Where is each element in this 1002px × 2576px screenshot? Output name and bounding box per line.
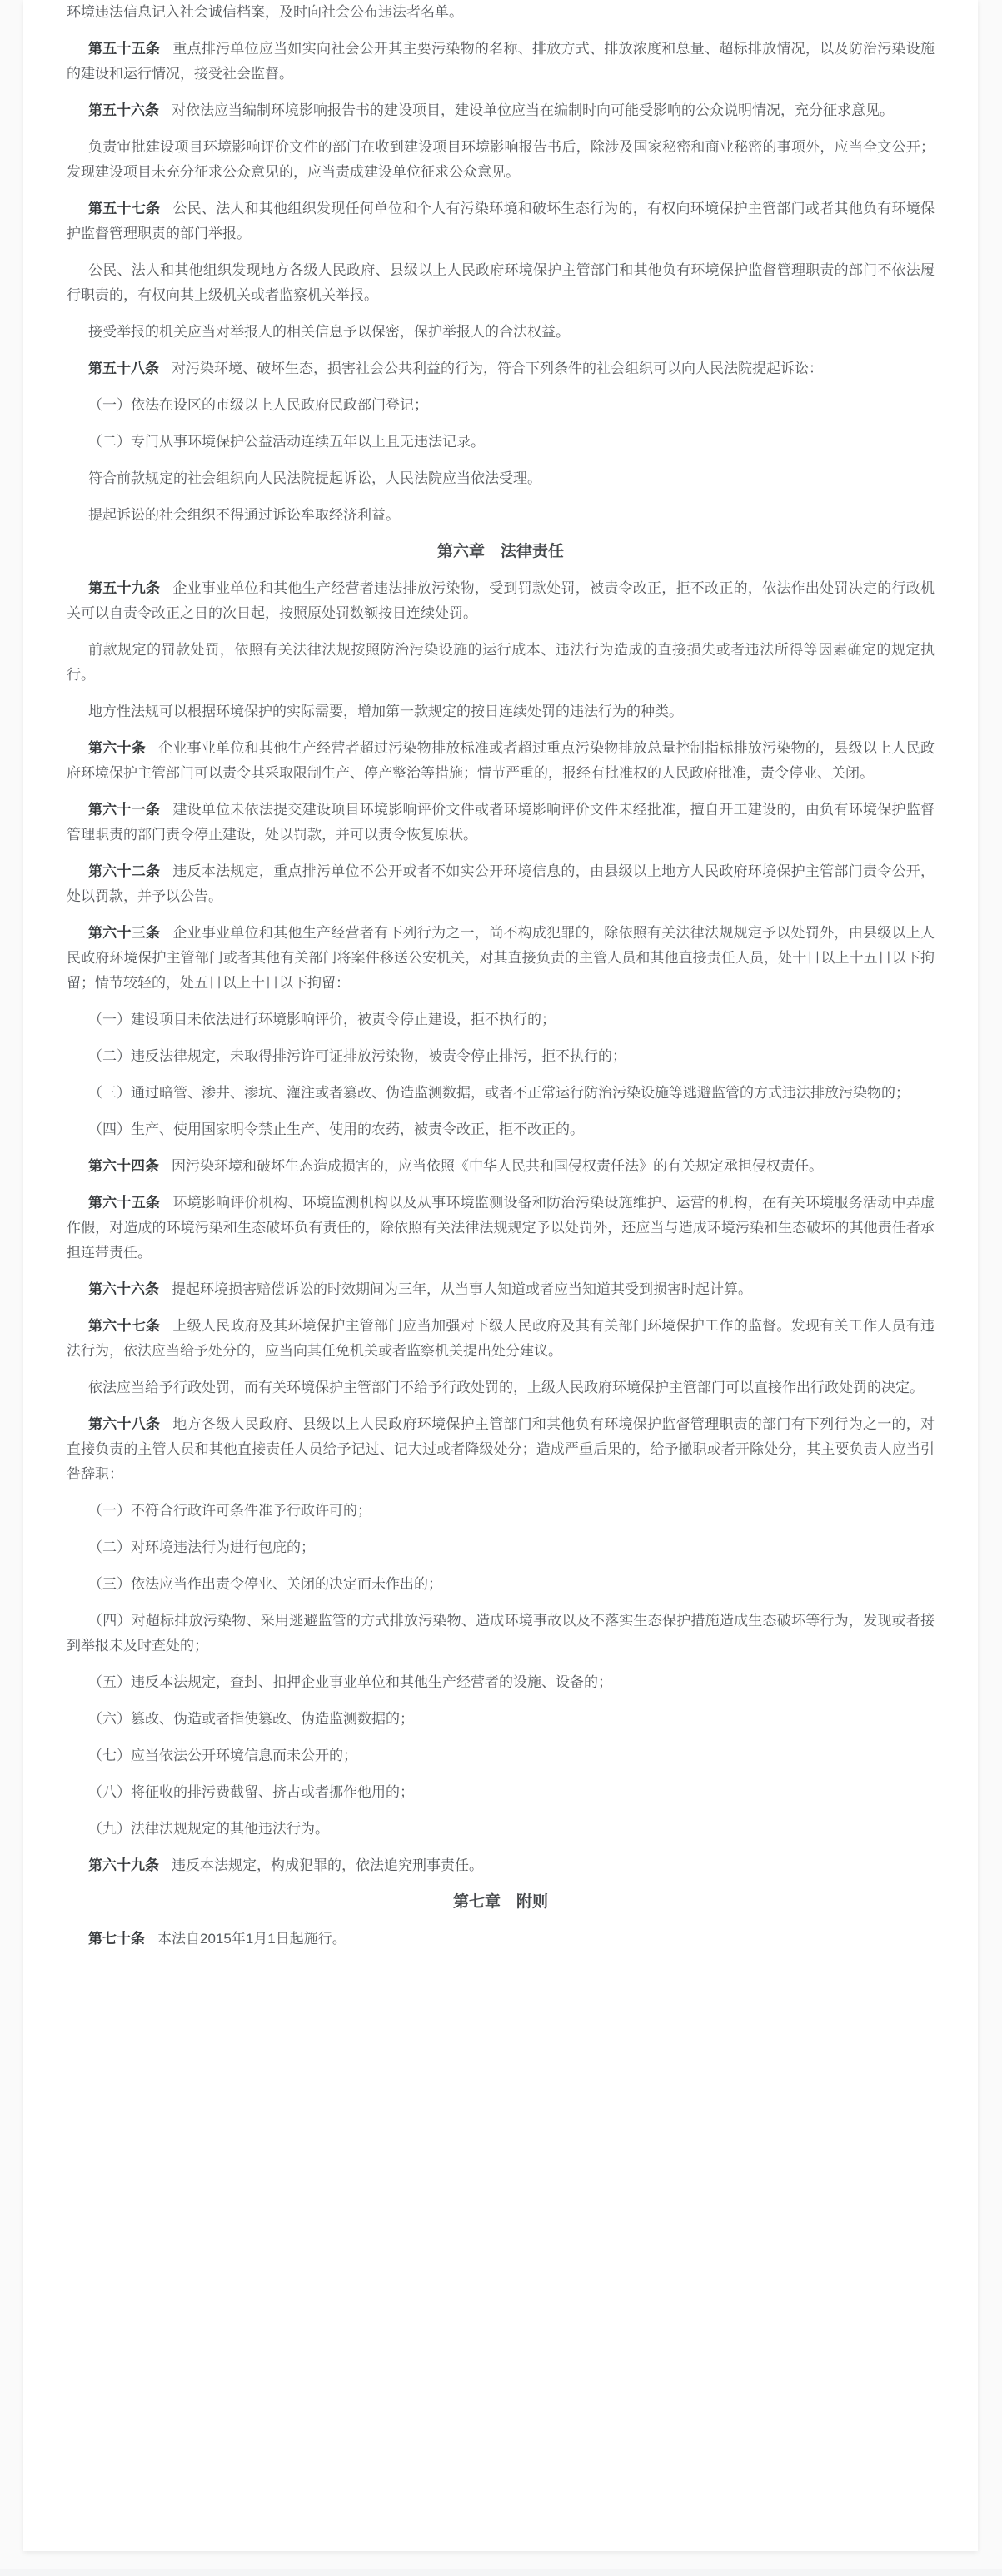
article-paragraph: 第六十条企业事业单位和其他生产经营者超过污染物排放标准或者超过重点污染物排放总量… <box>67 736 935 786</box>
law-paragraph: （六）篡改、伪造或者指使篡改、伪造监测数据的； <box>67 1707 935 1732</box>
article-number: 第六十条 <box>88 740 146 756</box>
law-paragraph: （二）违反法律规定，未取得排污许可证排放污染物，被责令停止排污，拒不执行的； <box>67 1044 935 1069</box>
law-paragraph: 接受举报的机关应当对举报人的相关信息予以保密，保护举报人的合法权益。 <box>67 320 935 345</box>
article-text: 提起环境损害赔偿诉讼的时效期间为三年，从当事人知道或者应当知道其受到损害时起计算… <box>172 1281 752 1297</box>
law-paragraph: （二）专门从事环境保护公益活动连续五年以上且无违法记录。 <box>67 430 935 455</box>
article-number: 第五十六条 <box>88 102 159 118</box>
law-paragraph: 地方性法规可以根据环境保护的实际需要，增加第一款规定的按日连续处罚的违法行为的种… <box>67 699 935 724</box>
article-text: 重点排污单位应当如实向社会公开其主要污染物的名称、排放方式、排放浓度和总量、超标… <box>67 41 935 82</box>
article-number: 第六十六条 <box>88 1281 159 1297</box>
law-paragraph: （一）建设项目未依法进行环境影响评价，被责令停止建设，拒不执行的； <box>67 1007 935 1032</box>
article-paragraph: 第六十九条违反本法规定，构成犯罪的，依法追究刑事责任。 <box>67 1853 935 1878</box>
article-text: 上级人民政府及其环境保护主管部门应当加强对下级人民政府及其有关部门环境保护工作的… <box>67 1318 935 1359</box>
article-number: 第六十一条 <box>88 802 160 818</box>
article-number: 第五十五条 <box>88 41 160 57</box>
law-paragraph: （一）依法在设区的市级以上人民政府民政部门登记； <box>67 393 935 418</box>
article-text: 企业事业单位和其他生产经营者超过污染物排放标准或者超过重点污染物排放总量控制指标… <box>67 740 935 781</box>
article-text: 建设单位未依法提交建设项目环境影响评价文件或者环境影响评价文件未经批准，擅自开工… <box>67 802 935 843</box>
page: { "page": { "background_color": "#fafafa… <box>0 0 1002 2576</box>
article-text: 企业事业单位和其他生产经营者有下列行为之一，尚不构成犯罪的，除依照有关法律法规规… <box>67 925 935 991</box>
article-number: 第六十七条 <box>88 1318 160 1334</box>
article-number: 第六十五条 <box>88 1195 160 1211</box>
article-text: 违反本法规定，构成犯罪的，依法追究刑事责任。 <box>172 1857 483 1873</box>
article-paragraph: 第五十六条对依法应当编制环境影响报告书的建设项目，建设单位应当在编制时向可能受影… <box>67 98 935 123</box>
article-number: 第六十九条 <box>88 1857 159 1873</box>
law-paragraph: （四）对超标排放污染物、采用逃避监管的方式排放污染物、造成环境事故以及不落实生态… <box>67 1609 935 1658</box>
law-paragraph: （九）法律法规规定的其他违法行为。 <box>67 1817 935 1842</box>
article-paragraph: 第六十三条企业事业单位和其他生产经营者有下列行为之一，尚不构成犯罪的，除依照有关… <box>67 921 935 996</box>
law-paragraph: （三）依法应当作出责令停业、关闭的决定而未作出的； <box>67 1572 935 1597</box>
law-paragraph: 依法应当给予行政处罚，而有关环境保护主管部门不给予行政处罚的，上级人民政府环境保… <box>67 1375 935 1400</box>
article-text: 本法自2015年1月1日起施行。 <box>157 1931 346 1947</box>
continuation-paragraph: 环境违法信息记入社会诚信档案，及时向社会公布违法者名单。 <box>67 0 935 25</box>
article-text: 环境影响评价机构、环境监测机构以及从事环境监测设备和防治污染设施维护、运营的机构… <box>67 1195 935 1261</box>
law-paragraph: （五）违反本法规定，查封、扣押企业事业单位和其他生产经营者的设施、设备的； <box>67 1670 935 1695</box>
article-paragraph: 第五十五条重点排污单位应当如实向社会公开其主要污染物的名称、排放方式、排放浓度和… <box>67 37 935 87</box>
law-paragraph: 前款规定的罚款处罚，依照有关法律法规按照防治污染设施的运行成本、违法行为造成的直… <box>67 638 935 688</box>
document-body: 环境违法信息记入社会诚信档案，及时向社会公布违法者名单。第五十五条重点排污单位应… <box>67 0 935 1952</box>
article-paragraph: 第六十六条提起环境损害赔偿诉讼的时效期间为三年，从当事人知道或者应当知道其受到损… <box>67 1277 935 1302</box>
article-paragraph: 第六十四条因污染环境和破坏生态造成损害的，应当依照《中华人民共和国侵权责任法》的… <box>67 1154 935 1179</box>
article-text: 企业事业单位和其他生产经营者违法排放污染物，受到罚款处罚，被责令改正，拒不改正的… <box>67 580 935 621</box>
article-paragraph: 第六十五条环境影响评价机构、环境监测机构以及从事环境监测设备和防治污染设施维护、… <box>67 1191 935 1266</box>
article-number: 第五十七条 <box>88 201 160 216</box>
law-paragraph: 负责审批建设项目环境影响评价文件的部门在收到建设项目环境影响报告书后，除涉及国家… <box>67 135 935 185</box>
article-number: 第六十三条 <box>88 925 160 941</box>
law-paragraph: 符合前款规定的社会组织向人民法院提起诉讼，人民法院应当依法受理。 <box>67 466 935 491</box>
article-number: 第七十条 <box>88 1931 145 1947</box>
article-paragraph: 第七十条本法自2015年1月1日起施行。 <box>67 1927 935 1952</box>
chapter-heading: 第七章 附则 <box>67 1890 935 1915</box>
article-text: 公民、法人和其他组织发现任何单位和个人有污染环境和破坏生态行为的，有权向环境保护… <box>67 201 935 241</box>
footer-divider <box>0 2569 1002 2576</box>
article-paragraph: 第六十七条上级人民政府及其环境保护主管部门应当加强对下级人民政府及其有关部门环境… <box>67 1314 935 1364</box>
article-number: 第六十二条 <box>88 863 160 879</box>
article-paragraph: 第六十二条违反本法规定，重点排污单位不公开或者不如实公开环境信息的，由县级以上地… <box>67 859 935 909</box>
article-paragraph: 第五十九条企业事业单位和其他生产经营者违法排放污染物，受到罚款处罚，被责令改正，… <box>67 576 935 626</box>
article-text: 违反本法规定，重点排污单位不公开或者不如实公开环境信息的，由县级以上地方人民政府… <box>67 863 935 904</box>
law-document-card: 环境违法信息记入社会诚信档案，及时向社会公布违法者名单。第五十五条重点排污单位应… <box>23 0 978 2551</box>
article-text: 因污染环境和破坏生态造成损害的，应当依照《中华人民共和国侵权责任法》的有关规定承… <box>172 1158 823 1174</box>
law-paragraph: 公民、法人和其他组织发现地方各级人民政府、县级以上人民政府环境保护主管部门和其他… <box>67 258 935 308</box>
law-paragraph: （八）将征收的排污费截留、挤占或者挪作他用的； <box>67 1780 935 1805</box>
article-number: 第六十八条 <box>88 1416 160 1432</box>
article-paragraph: 第五十八条对污染环境、破坏生态，损害社会公共利益的行为，符合下列条件的社会组织可… <box>67 356 935 381</box>
law-paragraph: （二）对环境违法行为进行包庇的； <box>67 1535 935 1560</box>
law-paragraph: （一）不符合行政许可条件准予行政许可的； <box>67 1499 935 1524</box>
law-paragraph: （四）生产、使用国家明令禁止生产、使用的农药，被责令改正，拒不改正的。 <box>67 1117 935 1142</box>
chapter-heading: 第六章 法律责任 <box>67 540 935 564</box>
article-number: 第五十八条 <box>88 361 159 376</box>
law-paragraph: （七）应当依法公开环境信息而未公开的； <box>67 1743 935 1768</box>
article-paragraph: 第五十七条公民、法人和其他组织发现任何单位和个人有污染环境和破坏生态行为的，有权… <box>67 196 935 246</box>
article-paragraph: 第六十一条建设单位未依法提交建设项目环境影响评价文件或者环境影响评价文件未经批准… <box>67 798 935 848</box>
article-paragraph: 第六十八条地方各级人民政府、县级以上人民政府环境保护主管部门和其他负有环境保护监… <box>67 1412 935 1487</box>
article-number: 第六十四条 <box>88 1158 159 1174</box>
law-paragraph: 提起诉讼的社会组织不得通过诉讼牟取经济利益。 <box>67 503 935 528</box>
article-text: 地方各级人民政府、县级以上人民政府环境保护主管部门和其他负有环境保护监督管理职责… <box>67 1416 935 1482</box>
law-paragraph: （三）通过暗管、渗井、渗坑、灌注或者篡改、伪造监测数据，或者不正常运行防治污染设… <box>67 1081 935 1106</box>
article-text: 对污染环境、破坏生态，损害社会公共利益的行为，符合下列条件的社会组织可以向人民法… <box>172 361 823 376</box>
article-number: 第五十九条 <box>88 580 160 596</box>
article-text: 对依法应当编制环境影响报告书的建设项目，建设单位应当在编制时向可能受影响的公众说… <box>172 102 894 118</box>
